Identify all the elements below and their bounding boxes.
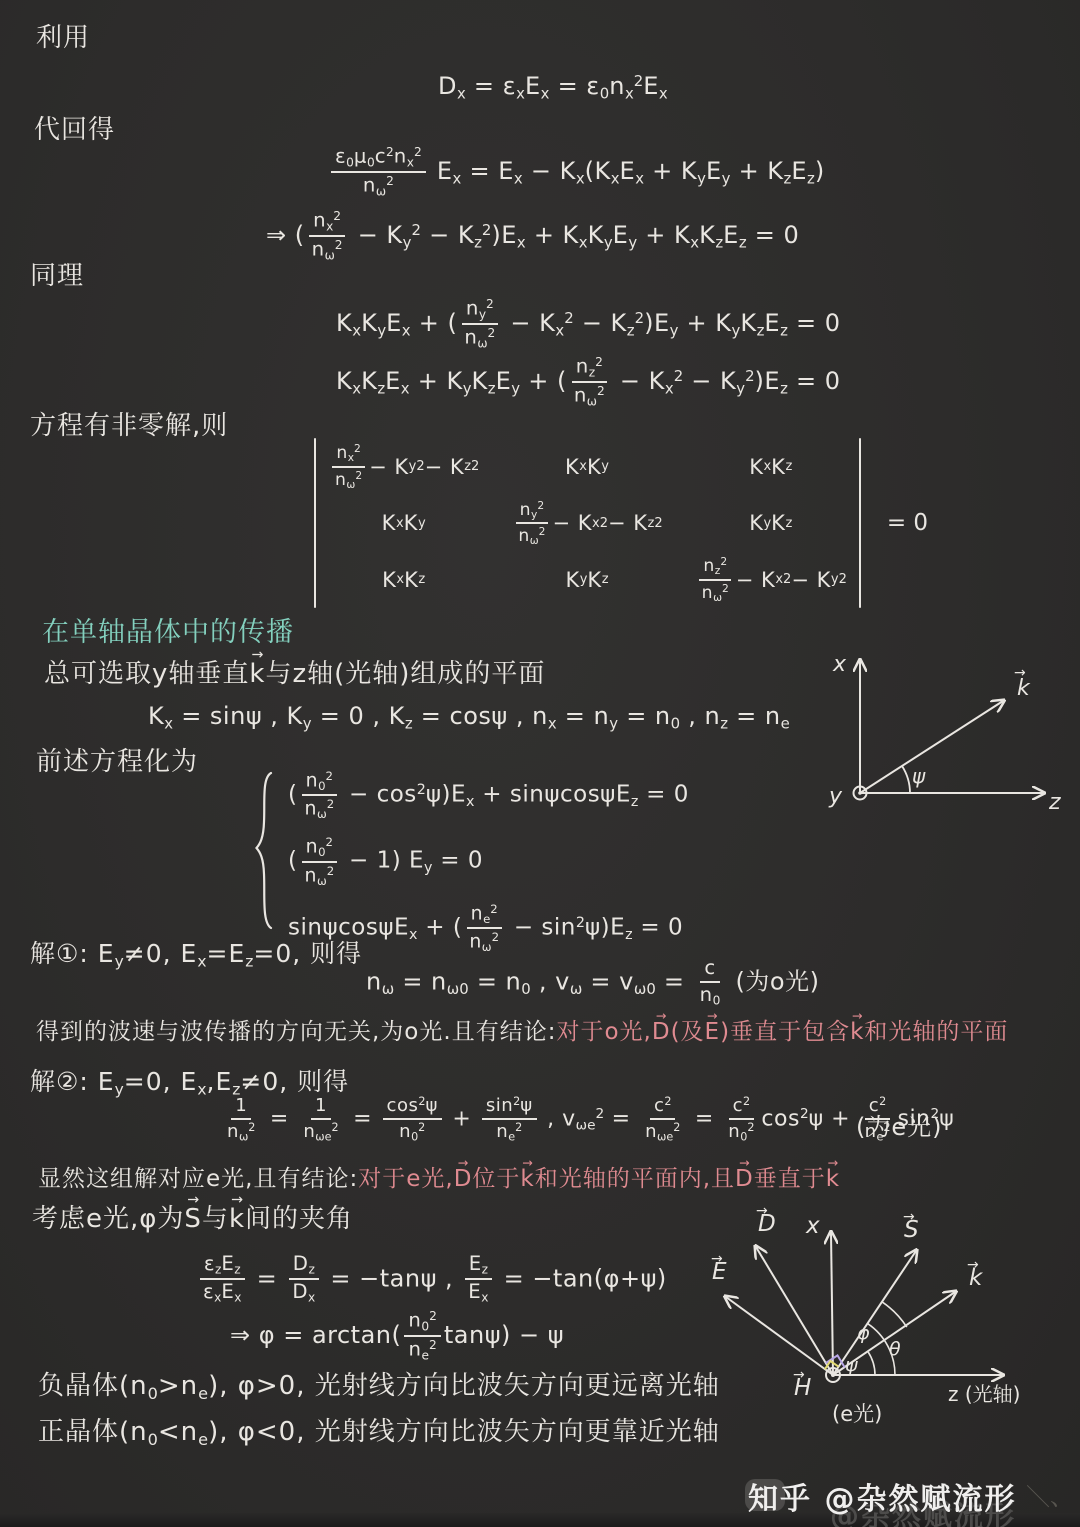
k-vector [860, 701, 1003, 793]
right-angle-mark-d-k [826, 1355, 845, 1367]
eq-y-component: KxKyEx + (ny2nω2 − Kx2 − Kz2)Ey + KyKzEz… [336, 298, 841, 350]
determinant: nx2nω2 − Ky2 − Kz2 KxKy KxKz KxKy ny2nω2… [314, 438, 928, 608]
equation-system: (n02nω2 − cos2ψ)Ex + sinψcosψEz = 0 (n02… [254, 770, 689, 953]
eq-z-component: KxKzEx + KyKzEy + (nz2nω2 − Kx2 − Ky2)Ez… [336, 356, 841, 408]
conclusion-2-white: 显然这组解对应e光,且有结论: [38, 1166, 358, 1192]
sys-eq-2: (n02nω2 − 1) Ey = 0 [288, 836, 689, 886]
section-title-uniaxial: 在单轴晶体中的传播 [42, 616, 294, 650]
label-liyong: 利用 [36, 22, 90, 55]
k-vector-arrow-mark: → [1014, 665, 1026, 681]
h-vector-arrow-mark: → [793, 1367, 805, 1383]
eq-dx: Dx = εxEx = ε0nx2Ex [438, 72, 668, 103]
x-axis [831, 1233, 833, 1375]
det-cell: KyKz [511, 568, 662, 592]
psi-angle-label: ψ [845, 1354, 858, 1376]
conclusion-2: 显然这组解对应e光,且有结论:对于e光,D位于k和光轴的平面内,且D垂直于k [38, 1165, 840, 1194]
k-vector-arrow-mark: → [967, 1257, 979, 1273]
solution-1-label: 解①: Ey≠0, Ex=Ez=0, 则得 [30, 938, 362, 972]
solution-2-eq: 1nω2 = 1nωe2 = cos2ψn02 + sin2ψne2 , vωe… [220, 1096, 954, 1143]
x-axis-label: x [805, 1213, 820, 1239]
d-vector-arrow-mark: → [756, 1203, 768, 1219]
conclusion-1-white: 得到的波速与波传播的方向无关,为o光.且有结论: [36, 1019, 556, 1045]
d-vector [756, 1247, 833, 1375]
eq-arrow-x: ⇒ (nx2nω2 − Ky2 − Kz2)Ex + KxKyEy + KxKz… [266, 210, 799, 262]
solution-2-note: (为e光) [856, 1112, 943, 1142]
conclusion-1-red: 对于o光,D(及E)垂直于包含k和光轴的平面 [556, 1019, 1008, 1045]
psi-angle-arc [868, 1352, 875, 1375]
theta-angle-label: θ [889, 1338, 901, 1360]
det-cell: nz2nω2 − Kx2 − Ky2 [695, 556, 847, 603]
axes-k-psi-diagram: x y z k → ψ [793, 633, 1080, 823]
label-daihui: 代回得 [34, 114, 115, 147]
e-ray-vector-diagram: D → E → x S → k → H → z (光轴) φ θ ψ (e光) [696, 1203, 1080, 1443]
negative-crystal-line: 负晶体(n0>ne), φ>0, 光射线方向比波矢方向更远离光轴 [38, 1370, 720, 1404]
e-vector [726, 1297, 833, 1375]
eq-substituted: ε0μ0c2nx2nω2 Ex = Ex − Kx(KxEx + KyEy + … [328, 146, 825, 198]
conclusion-1: 得到的波速与波传播的方向无关,为o光.且有结论:对于o光,D(及E)垂直于包含k… [36, 1018, 1008, 1047]
positive-crystal-line: 正晶体(n0<ne), φ<0, 光射线方向比波矢方向更靠近光轴 [38, 1416, 720, 1450]
line-choose-plane: 总可选取y轴垂直k与z轴(光轴)组成的平面 [44, 658, 545, 691]
det-cell: KyKz [695, 511, 847, 535]
conclusion-2-red: 对于e光,D位于k和光轴的平面内,且D垂直于k [358, 1166, 840, 1192]
label-tongli: 同理 [30, 260, 84, 293]
determinant-left-bar [314, 438, 316, 608]
sys-eq-1: (n02nω2 − cos2ψ)Ex + sinψcosψEz = 0 [288, 770, 689, 820]
z-axis-label: z [1048, 790, 1061, 815]
label-nonzero-solution: 方程有非零解,则 [30, 410, 228, 443]
eq-arctan: ⇒ φ = arctan(n02ne2tanψ) − ψ [230, 1310, 564, 1362]
det-cell: KxKy [328, 511, 479, 535]
phi-angle-label: φ [857, 1322, 870, 1344]
determinant-grid: nx2nω2 − Ky2 − Kz2 KxKy KxKz KxKy ny2nω2… [328, 443, 847, 603]
x-axis-label: x [832, 652, 847, 677]
e-vector-arrow-mark: → [711, 1251, 723, 1267]
s-vector-arrow-mark: → [903, 1209, 915, 1225]
determinant-equals-zero: = 0 [887, 510, 928, 536]
det-cell: ny2nω2 − Kx2 − Kz2 [511, 500, 662, 547]
det-cell: KxKy [511, 455, 662, 479]
solution-2-label: 解②: Ey=0, Ex,Ez≠0, 则得 [30, 1066, 349, 1100]
solution-1-eq: nω = nω0 = n0 , vω = vω0 = cn0 (为o光) [366, 958, 819, 1007]
z-optic-axis-label: z (光轴) [948, 1382, 1020, 1406]
det-cell: KxKz [695, 455, 847, 479]
det-cell: nx2nω2 − Ky2 − Kz2 [328, 443, 479, 490]
e-ray-note: (e光) [832, 1402, 882, 1426]
brace-icon [254, 770, 276, 932]
handwritten-notes-page: 利用 Dx = εxEx = ε0nx2Ex 代回得 ε0μ0c2nx2nω2 … [0, 0, 1080, 1527]
consider-e-ray-line: 考虑e光,φ为S与k间的夹角 [32, 1203, 353, 1236]
eq-tangent-relation: εzEzεxEx = DzDx = −tanψ , EzEx = −tan(φ+… [196, 1254, 667, 1305]
psi-angle-label: ψ [912, 764, 926, 788]
determinant-right-bar [859, 438, 861, 608]
det-cell: KxKz [328, 568, 479, 592]
phi-angle-arc [883, 1302, 907, 1327]
y-axis-label: y [828, 784, 843, 809]
psi-angle-arc [902, 766, 910, 793]
out-of-page-dot [858, 791, 862, 795]
label-qianshu: 前述方程化为 [36, 746, 198, 779]
watermark-stray-marks: ＼、 [1026, 1477, 1074, 1512]
out-of-page-dot [831, 1373, 835, 1377]
eq-k-components: Kx = sinψ , Ky = 0 , Kz = cosψ , nx = ny… [148, 702, 790, 733]
zhihu-watermark: 知乎 @杂然赋流形 [748, 1474, 1016, 1518]
